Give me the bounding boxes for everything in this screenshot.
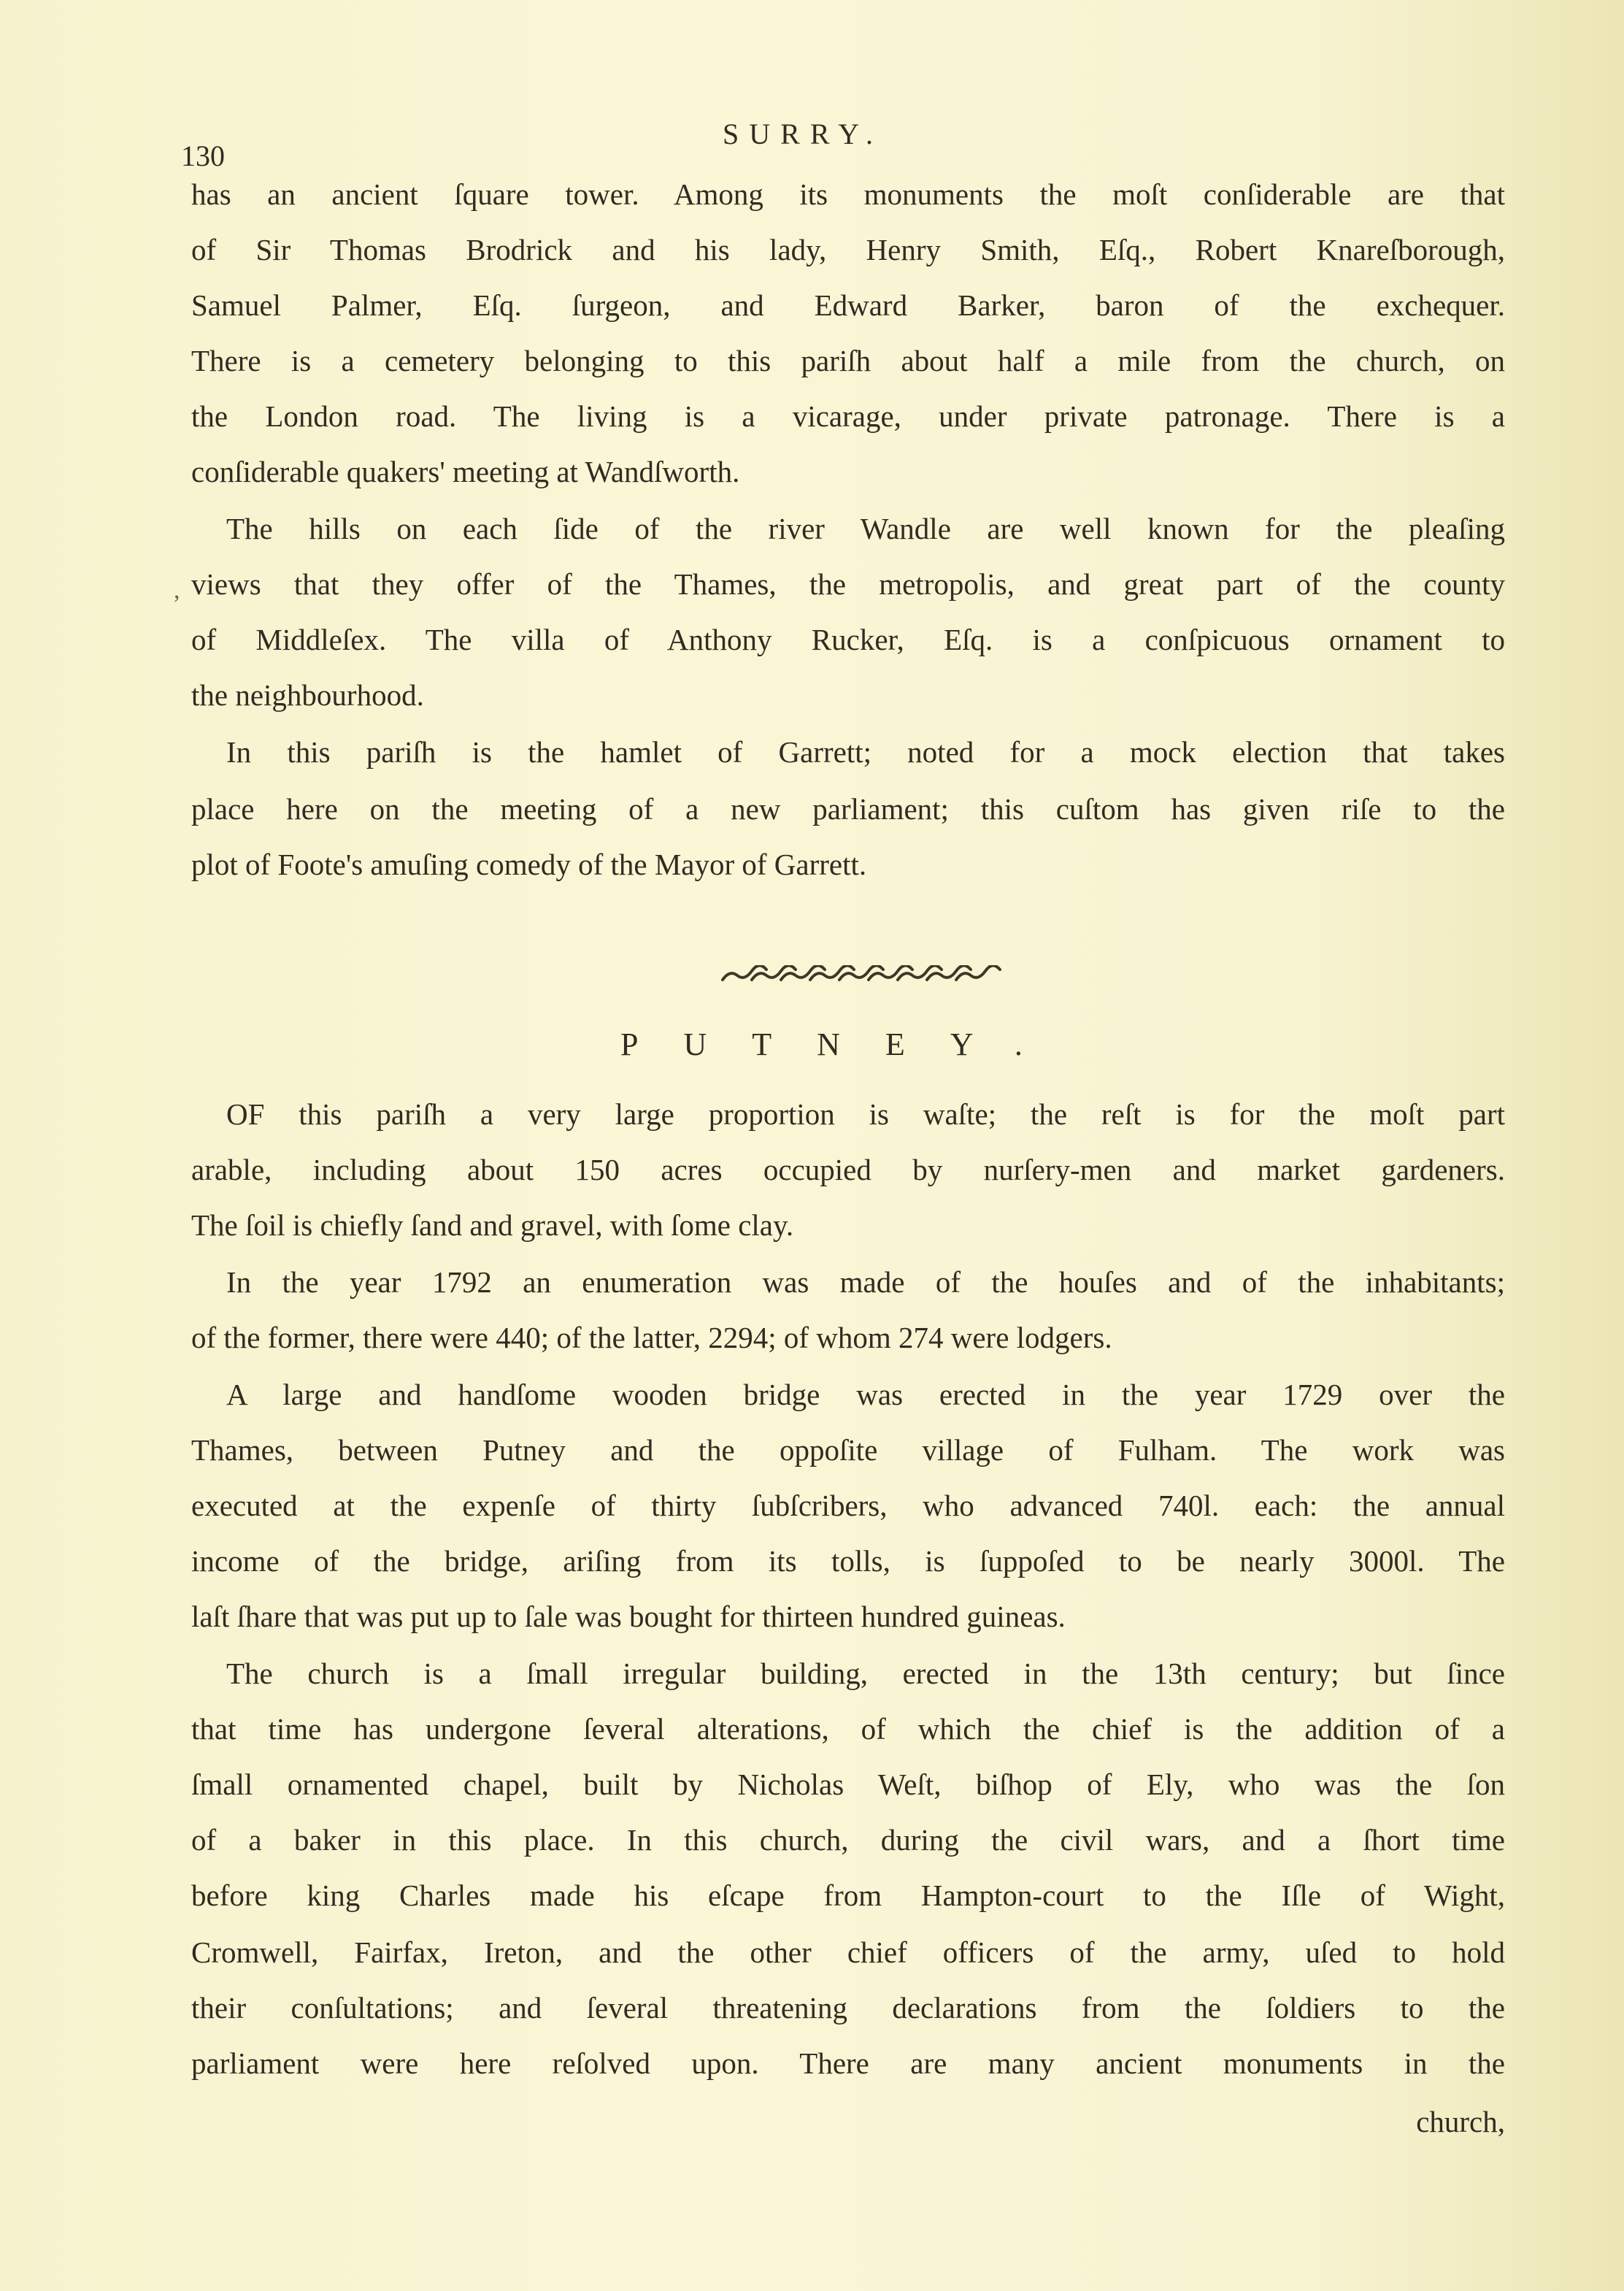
- text-line: of Sir Thomas Brodrick and his lady, Hen…: [191, 231, 1505, 269]
- text-line: before king Charles made his eſcape from…: [191, 1876, 1505, 1914]
- text-line: arable, including about 150 acres occupi…: [191, 1151, 1505, 1189]
- text-line: their conſultations; and ſeveral threate…: [191, 1989, 1505, 2027]
- wavy-rule-ornament-icon: [719, 965, 1011, 987]
- text-line: plot of Foote's amuſing comedy of the Ma…: [191, 845, 1505, 883]
- text-line: has an ancient ſquare tower. Among its m…: [191, 175, 1505, 213]
- text-line: executed at the expenſe of thirty ſubſcr…: [191, 1486, 1505, 1524]
- paragraph-start: In this pariſh is the hamlet of Garrett;…: [226, 733, 1505, 771]
- text-line: place here on the meeting of a new parli…: [191, 790, 1505, 828]
- paragraph-start: The church is a ſmall irregular building…: [226, 1654, 1505, 1692]
- paragraph-start: In the year 1792 an enumeration was made…: [226, 1263, 1505, 1301]
- catchword: church,: [191, 2103, 1505, 2141]
- text-line: The ſoil is chiefly ſand and gravel, wit…: [191, 1206, 1505, 1244]
- text-line: conſiderable quakers' meeting at Wandſwo…: [191, 453, 1505, 491]
- text-line: ſmall ornamented chapel, built by Nichol…: [191, 1765, 1505, 1803]
- text-line: income of the bridge, ariſing from its t…: [191, 1542, 1505, 1580]
- page-number: 130: [181, 139, 225, 173]
- text-line: Samuel Palmer, Eſq. ſurgeon, and Edward …: [191, 286, 1505, 324]
- text-line: of Middleſex. The villa of Anthony Rucke…: [191, 621, 1505, 659]
- running-head: SURRY.: [723, 117, 883, 151]
- text-line: laſt ſhare that was put up to ſale was b…: [191, 1597, 1505, 1635]
- text-line: the London road. The living is a vicarag…: [191, 397, 1505, 435]
- text-line: the neighbourhood.: [191, 676, 1505, 714]
- text-line: There is a cemetery belonging to this pa…: [191, 342, 1505, 380]
- paragraph-start: OF this pariſh a very large proportion i…: [226, 1095, 1505, 1133]
- paragraph-start: The hills on each ſide of the river Wand…: [226, 510, 1505, 548]
- stray-mark: ,: [174, 577, 180, 605]
- text-line: of a baker in this place. In this church…: [191, 1821, 1505, 1859]
- text-line: Thames, between Putney and the oppoſite …: [191, 1431, 1505, 1469]
- paragraph-start: A large and handſome wooden bridge was e…: [226, 1375, 1505, 1413]
- text-line: Cromwell, Fairfax, Ireton, and the other…: [191, 1933, 1505, 1971]
- text-line: parliament were here reſolved upon. Ther…: [191, 2044, 1505, 2082]
- text-line: views that they offer of the Thames, the…: [191, 565, 1505, 603]
- text-line: of the former, there were 440; of the la…: [191, 1319, 1505, 1356]
- text-line: that time has undergone ſeveral alterati…: [191, 1710, 1505, 1748]
- section-title: PUTNEY.: [620, 1026, 1068, 1063]
